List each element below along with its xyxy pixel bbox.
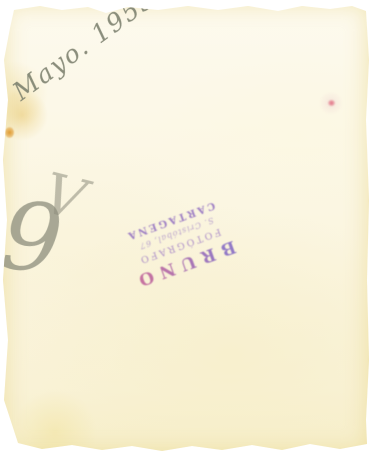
- photo-paper: Mayo. 1953 9 V BRUNO FOTÓGRAFO S. Cristó…: [0, 0, 372, 457]
- photographer-stamp: BRUNO FOTÓGRAFO S. Cristóbal, 67 CARTAGE…: [109, 193, 250, 294]
- handwritten-tick-mark: V: [38, 166, 91, 230]
- foxing-spot-pink: [328, 100, 335, 106]
- foxing-spot-orange: [5, 127, 14, 138]
- photo-back-scan: Mayo. 1953 9 V BRUNO FOTÓGRAFO S. Cristó…: [0, 0, 372, 457]
- handwritten-date: Mayo. 1953: [7, 0, 162, 106]
